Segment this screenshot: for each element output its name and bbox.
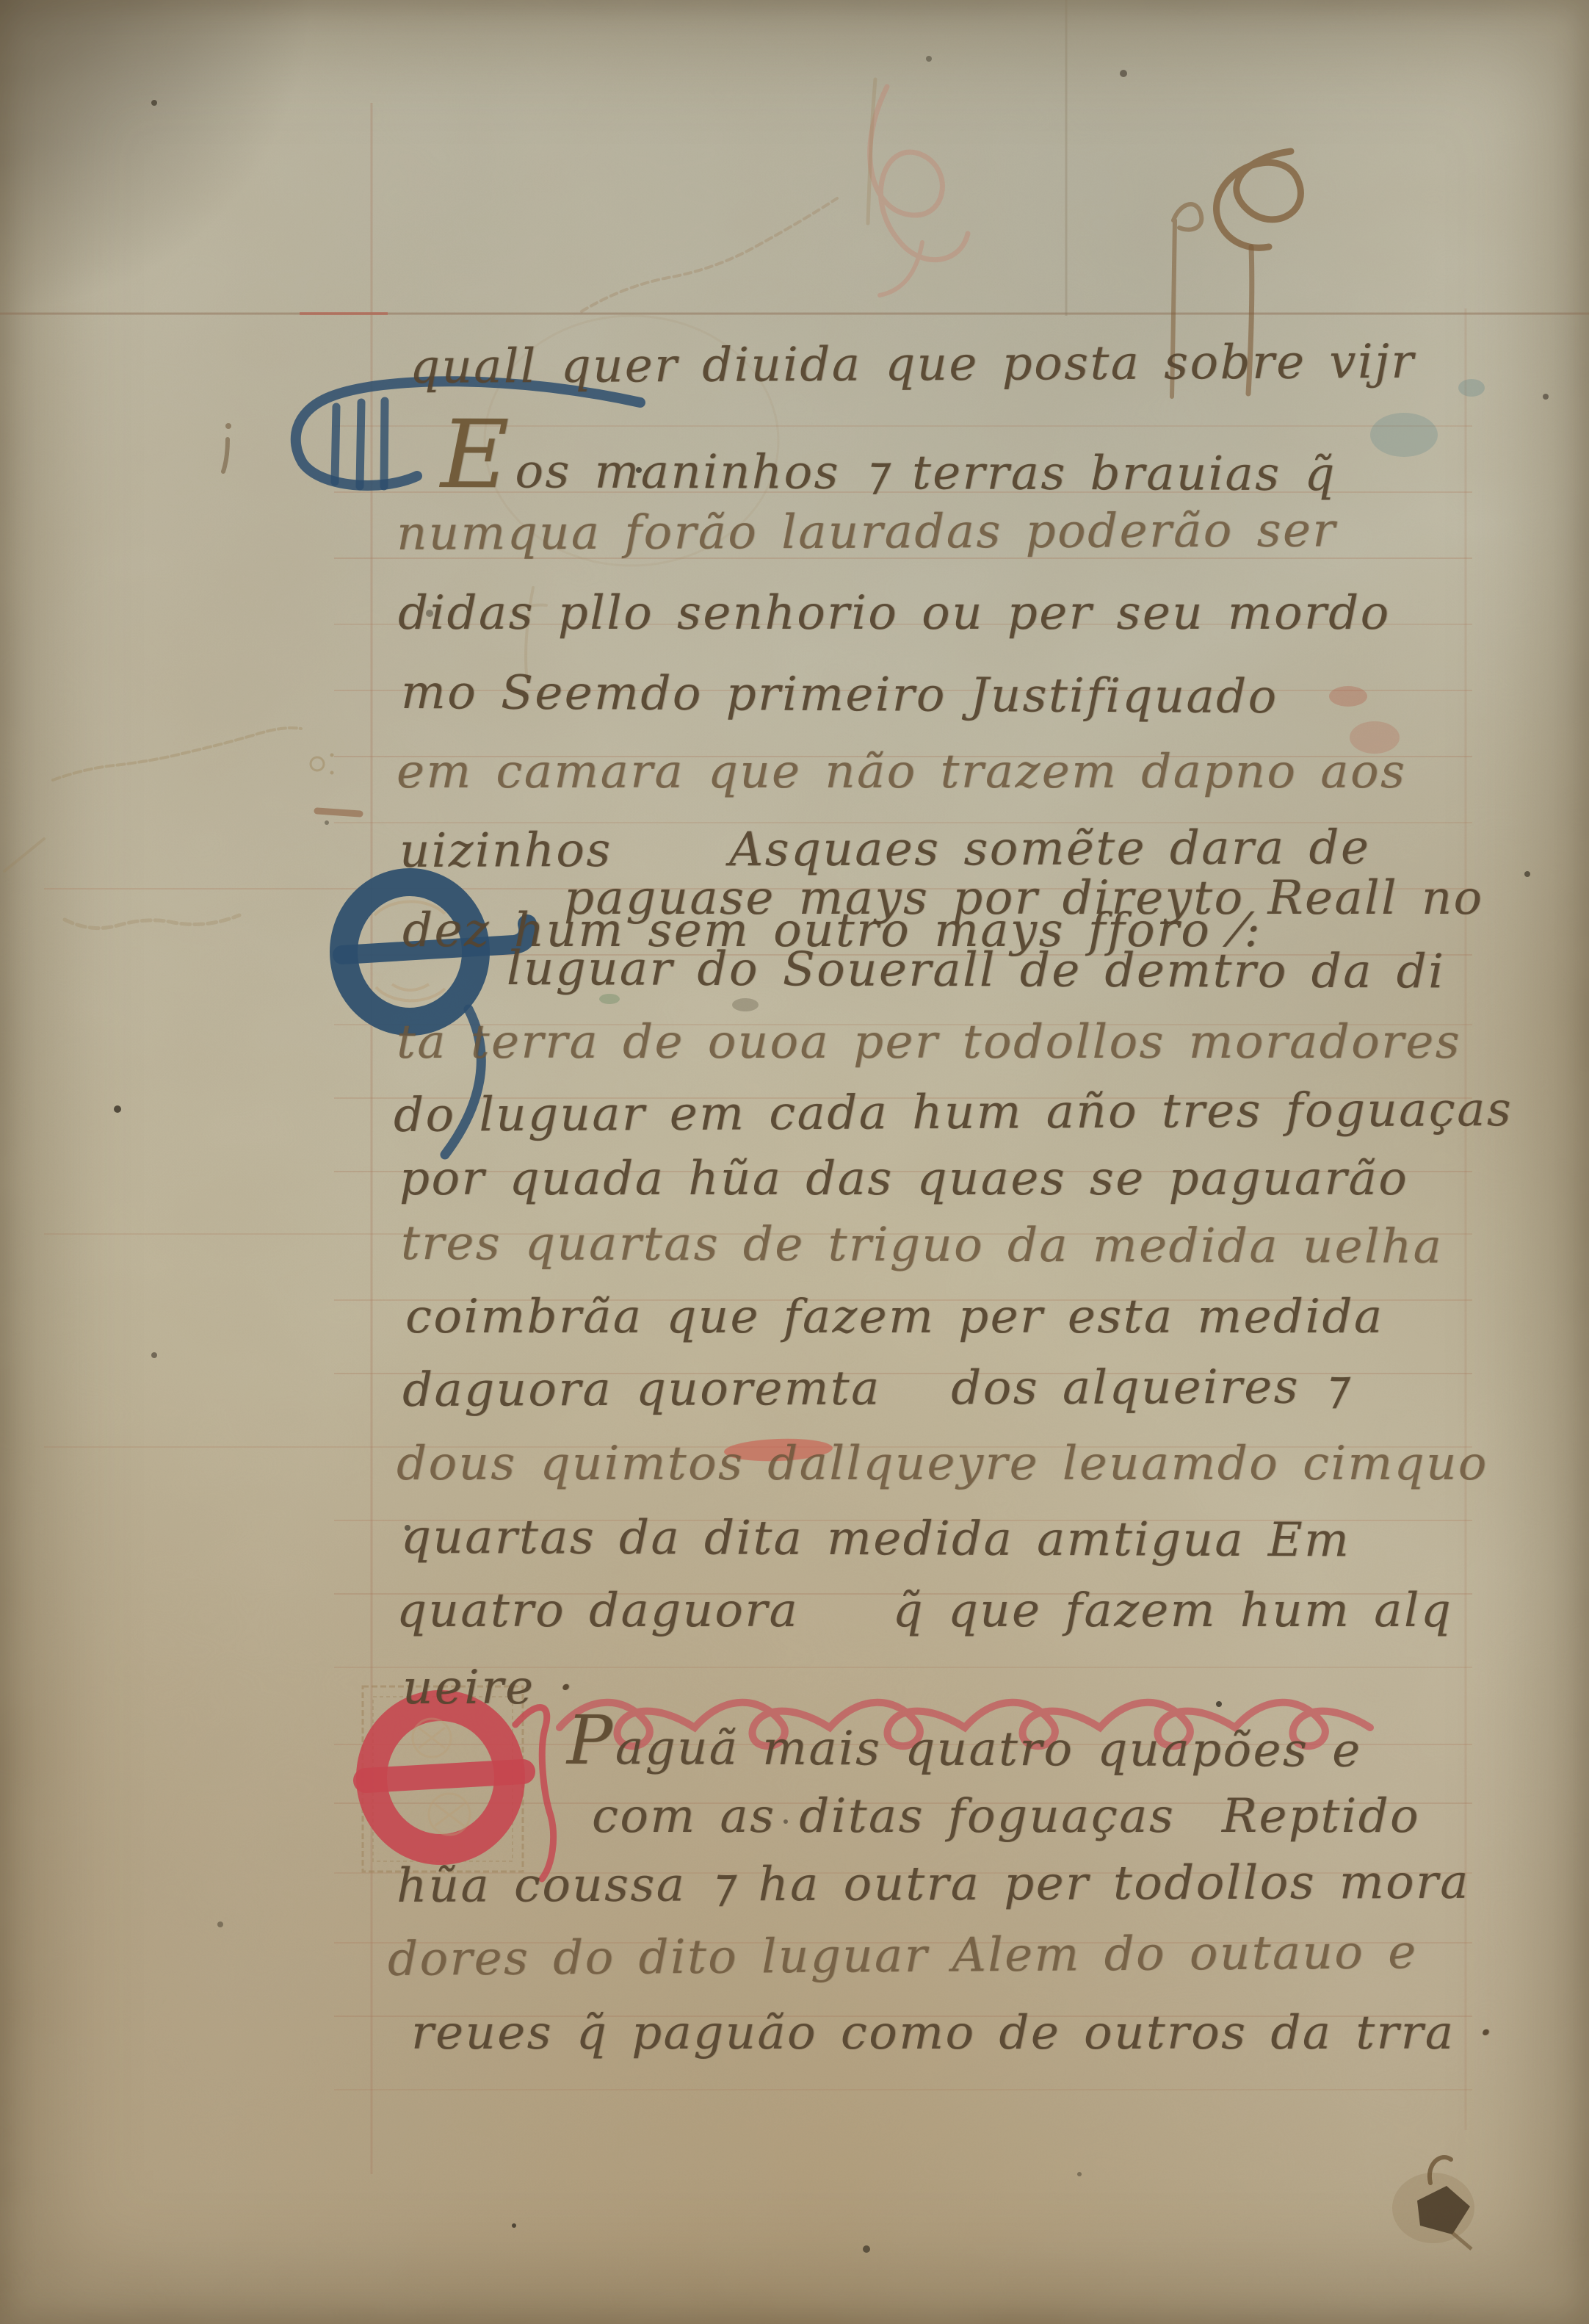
text-line: hũa coussa ⁊ ha outra per todollos mora — [397, 1858, 1470, 1911]
text-line: ta terra de ouoa per todollos moradores — [397, 1018, 1461, 1067]
text-line: luguar do Souerall de demtro da di — [507, 945, 1445, 997]
text-line: Paguã mais quatro quapões e — [567, 1720, 1362, 1776]
text-line: dous quimtos dallqueyre leuamdo cimquo — [397, 1440, 1488, 1489]
text-line: quatro daguora q̃ que fazem hum alq — [397, 1587, 1452, 1636]
text-line: em camara que não trazem dapno aos — [397, 748, 1406, 797]
text-line: quall quer diuida que posta sobre vijr — [410, 338, 1416, 392]
text-line: paguase mays por direyto Reall no — [564, 874, 1484, 923]
text-line: quartas da dita medida amtigua Em — [401, 1513, 1350, 1566]
text-line: dores do dito luguar Alem do outauo e — [388, 1928, 1418, 1985]
text-line: reues q̃ paguão como de outros da trra · — [411, 2009, 1495, 2058]
text-line: coimbrãa que fazem per esta medida — [405, 1293, 1383, 1342]
text-line: uizinhos Asquaes somẽte dara de — [399, 823, 1371, 876]
text-line: tres quartas de triguo da medida uelha — [401, 1219, 1444, 1272]
text-line: didas pllo senhorio ou per seu mordo — [398, 589, 1391, 638]
text-line: daguora quoremta dos alqueires ⁊ — [402, 1363, 1348, 1416]
manuscript-page: quall quer diuida que posta sobre vijr E… — [0, 0, 1589, 2324]
text-line: com as ditas foguaças Reptido — [592, 1792, 1420, 1841]
text-line: por quada hũa das quaes se paguarão — [399, 1155, 1408, 1204]
text-line: mo Seemdo primeiro Justifiquado — [401, 668, 1278, 722]
text-block: quall quer diuida que posta sobre vijr E… — [0, 0, 1589, 2324]
text-line: Eos maninhos ⁊ terras brauias q̃ — [441, 430, 1336, 499]
text-line: numqua forão lauradas poderão ser — [397, 507, 1337, 560]
text-line: do luguar em cada hum año tres foguaças — [394, 1086, 1513, 1141]
text-line: ueire · — [402, 1664, 575, 1713]
